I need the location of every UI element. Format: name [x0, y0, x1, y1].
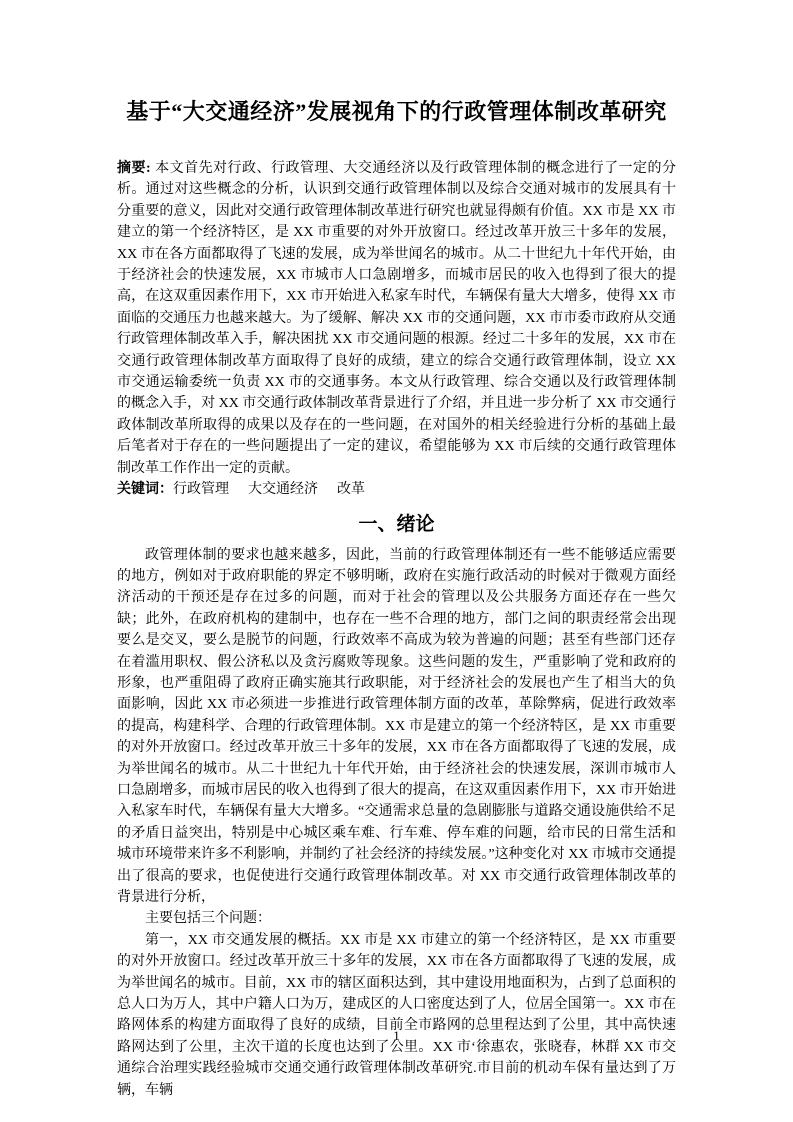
document-title: 基于“大交通经济”发展视角下的行政管理体制改革研究 — [117, 96, 676, 128]
page-number: 1 — [0, 1028, 793, 1044]
section-heading: 一、绪论 — [117, 512, 676, 538]
keyword-item: 改革 — [337, 482, 365, 497]
keywords-line: 关键词：行政管理大交通经济改革 — [117, 479, 676, 500]
abstract-paragraph: 摘要:本文首先对行政、行政管理、大交通经济以及行政管理体制的概念进行了一定的分析… — [117, 158, 676, 479]
body-paragraph: 政管理体制的要求也越来越多，因此，当前的行政管理体制还有一些不能够适应需要的地方… — [117, 545, 676, 909]
keyword-item: 大交通经济 — [248, 482, 318, 497]
body-paragraph: 第一，XX 市交通发展的概括。XX 市是 XX 市建立的第一个经济特区，是 XX… — [117, 930, 676, 1101]
document-page: 基于“大交通经济”发展视角下的行政管理体制改革研究 摘要:本文首先对行政、行政管… — [0, 0, 793, 1122]
keywords-label: 关键词： — [117, 482, 173, 497]
body-paragraph: 主要包括三个问题： — [117, 908, 676, 929]
keyword-item: 行政管理 — [173, 482, 229, 497]
abstract-text: 本文首先对行政、行政管理、大交通经济以及行政管理体制的概念进行了一定的分析。通过… — [117, 161, 676, 476]
abstract-label: 摘要: — [117, 161, 151, 176]
